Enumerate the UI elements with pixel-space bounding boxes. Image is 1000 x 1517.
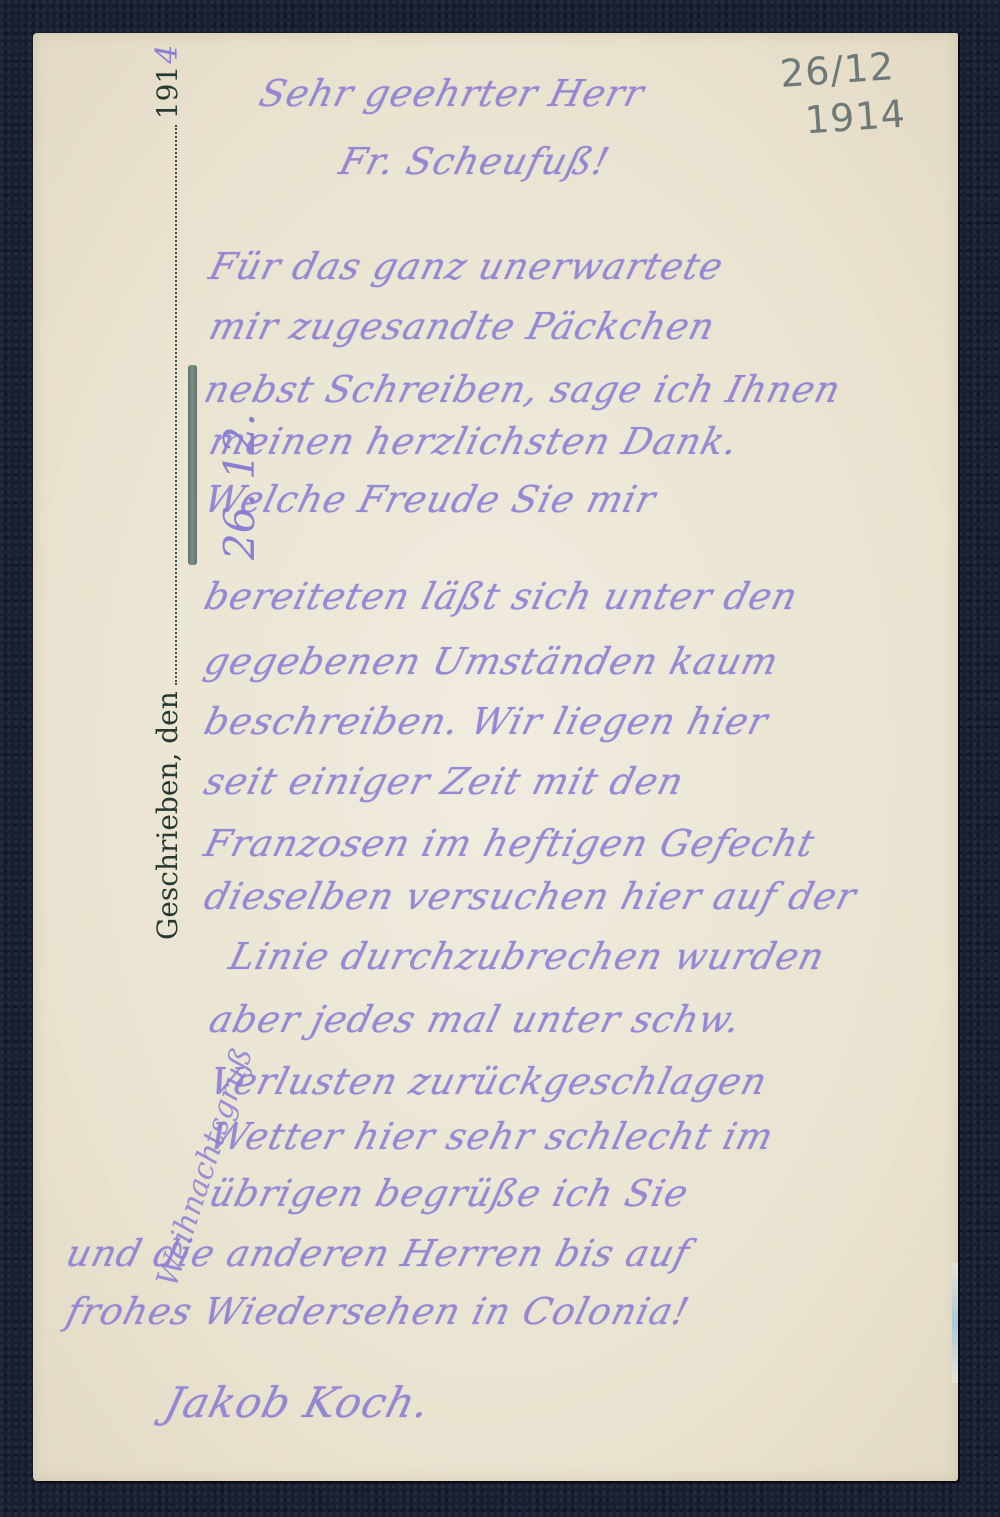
pencil-date-year: 1914: [804, 92, 908, 143]
body-line: Franzosen im heftigen Gefecht: [200, 822, 820, 865]
body-line: beschreiben. Wir liegen hier: [200, 700, 773, 743]
body-line: Für das ganz unerwartete: [205, 245, 728, 288]
printed-date-field: Geschrieben, den 1914: [150, 45, 185, 940]
salutation-line-1: Sehr geehrter Herr: [255, 72, 649, 115]
printed-date-label: Geschrieben, den: [151, 691, 184, 940]
body-line: übrigen begrüße ich Sie: [205, 1172, 693, 1215]
body-line: dieselben versuchen hier auf der: [200, 875, 861, 918]
pencil-mark: [188, 365, 197, 565]
signature: Jakob Koch.: [160, 1378, 436, 1427]
body-line: Wetter hier sehr schlecht im: [205, 1115, 778, 1158]
salutation-line-2: Fr. Scheufuß!: [335, 140, 614, 183]
body-line: bereiteten läßt sich unter den: [200, 575, 803, 618]
body-line: Welche Freude Sie mir: [200, 478, 661, 521]
pencil-date-day-month: 26/12: [779, 44, 896, 96]
body-line: meinen herzlichsten Dank.: [205, 420, 743, 463]
body-line: frohes Wiedersehen in Colonia!: [62, 1290, 694, 1333]
body-line: gegebenen Umständen kaum: [200, 640, 783, 683]
dotted-fill-line: [174, 125, 177, 685]
paper-edge-stain: [952, 1263, 958, 1383]
printed-year-prefix: 191: [151, 66, 184, 119]
body-line: Verlusten zurückgeschlagen: [205, 1060, 772, 1103]
body-line: seit einiger Zeit mit den: [200, 760, 689, 803]
body-line: mir zugesandte Päckchen: [205, 305, 720, 348]
body-line: aber jedes mal unter schw.: [205, 998, 746, 1041]
body-line: Linie durchzubrechen wurden: [225, 935, 829, 978]
handwritten-year-digit: 4: [150, 45, 185, 64]
body-line: nebst Schreiben, sage ich Ihnen: [200, 368, 846, 411]
